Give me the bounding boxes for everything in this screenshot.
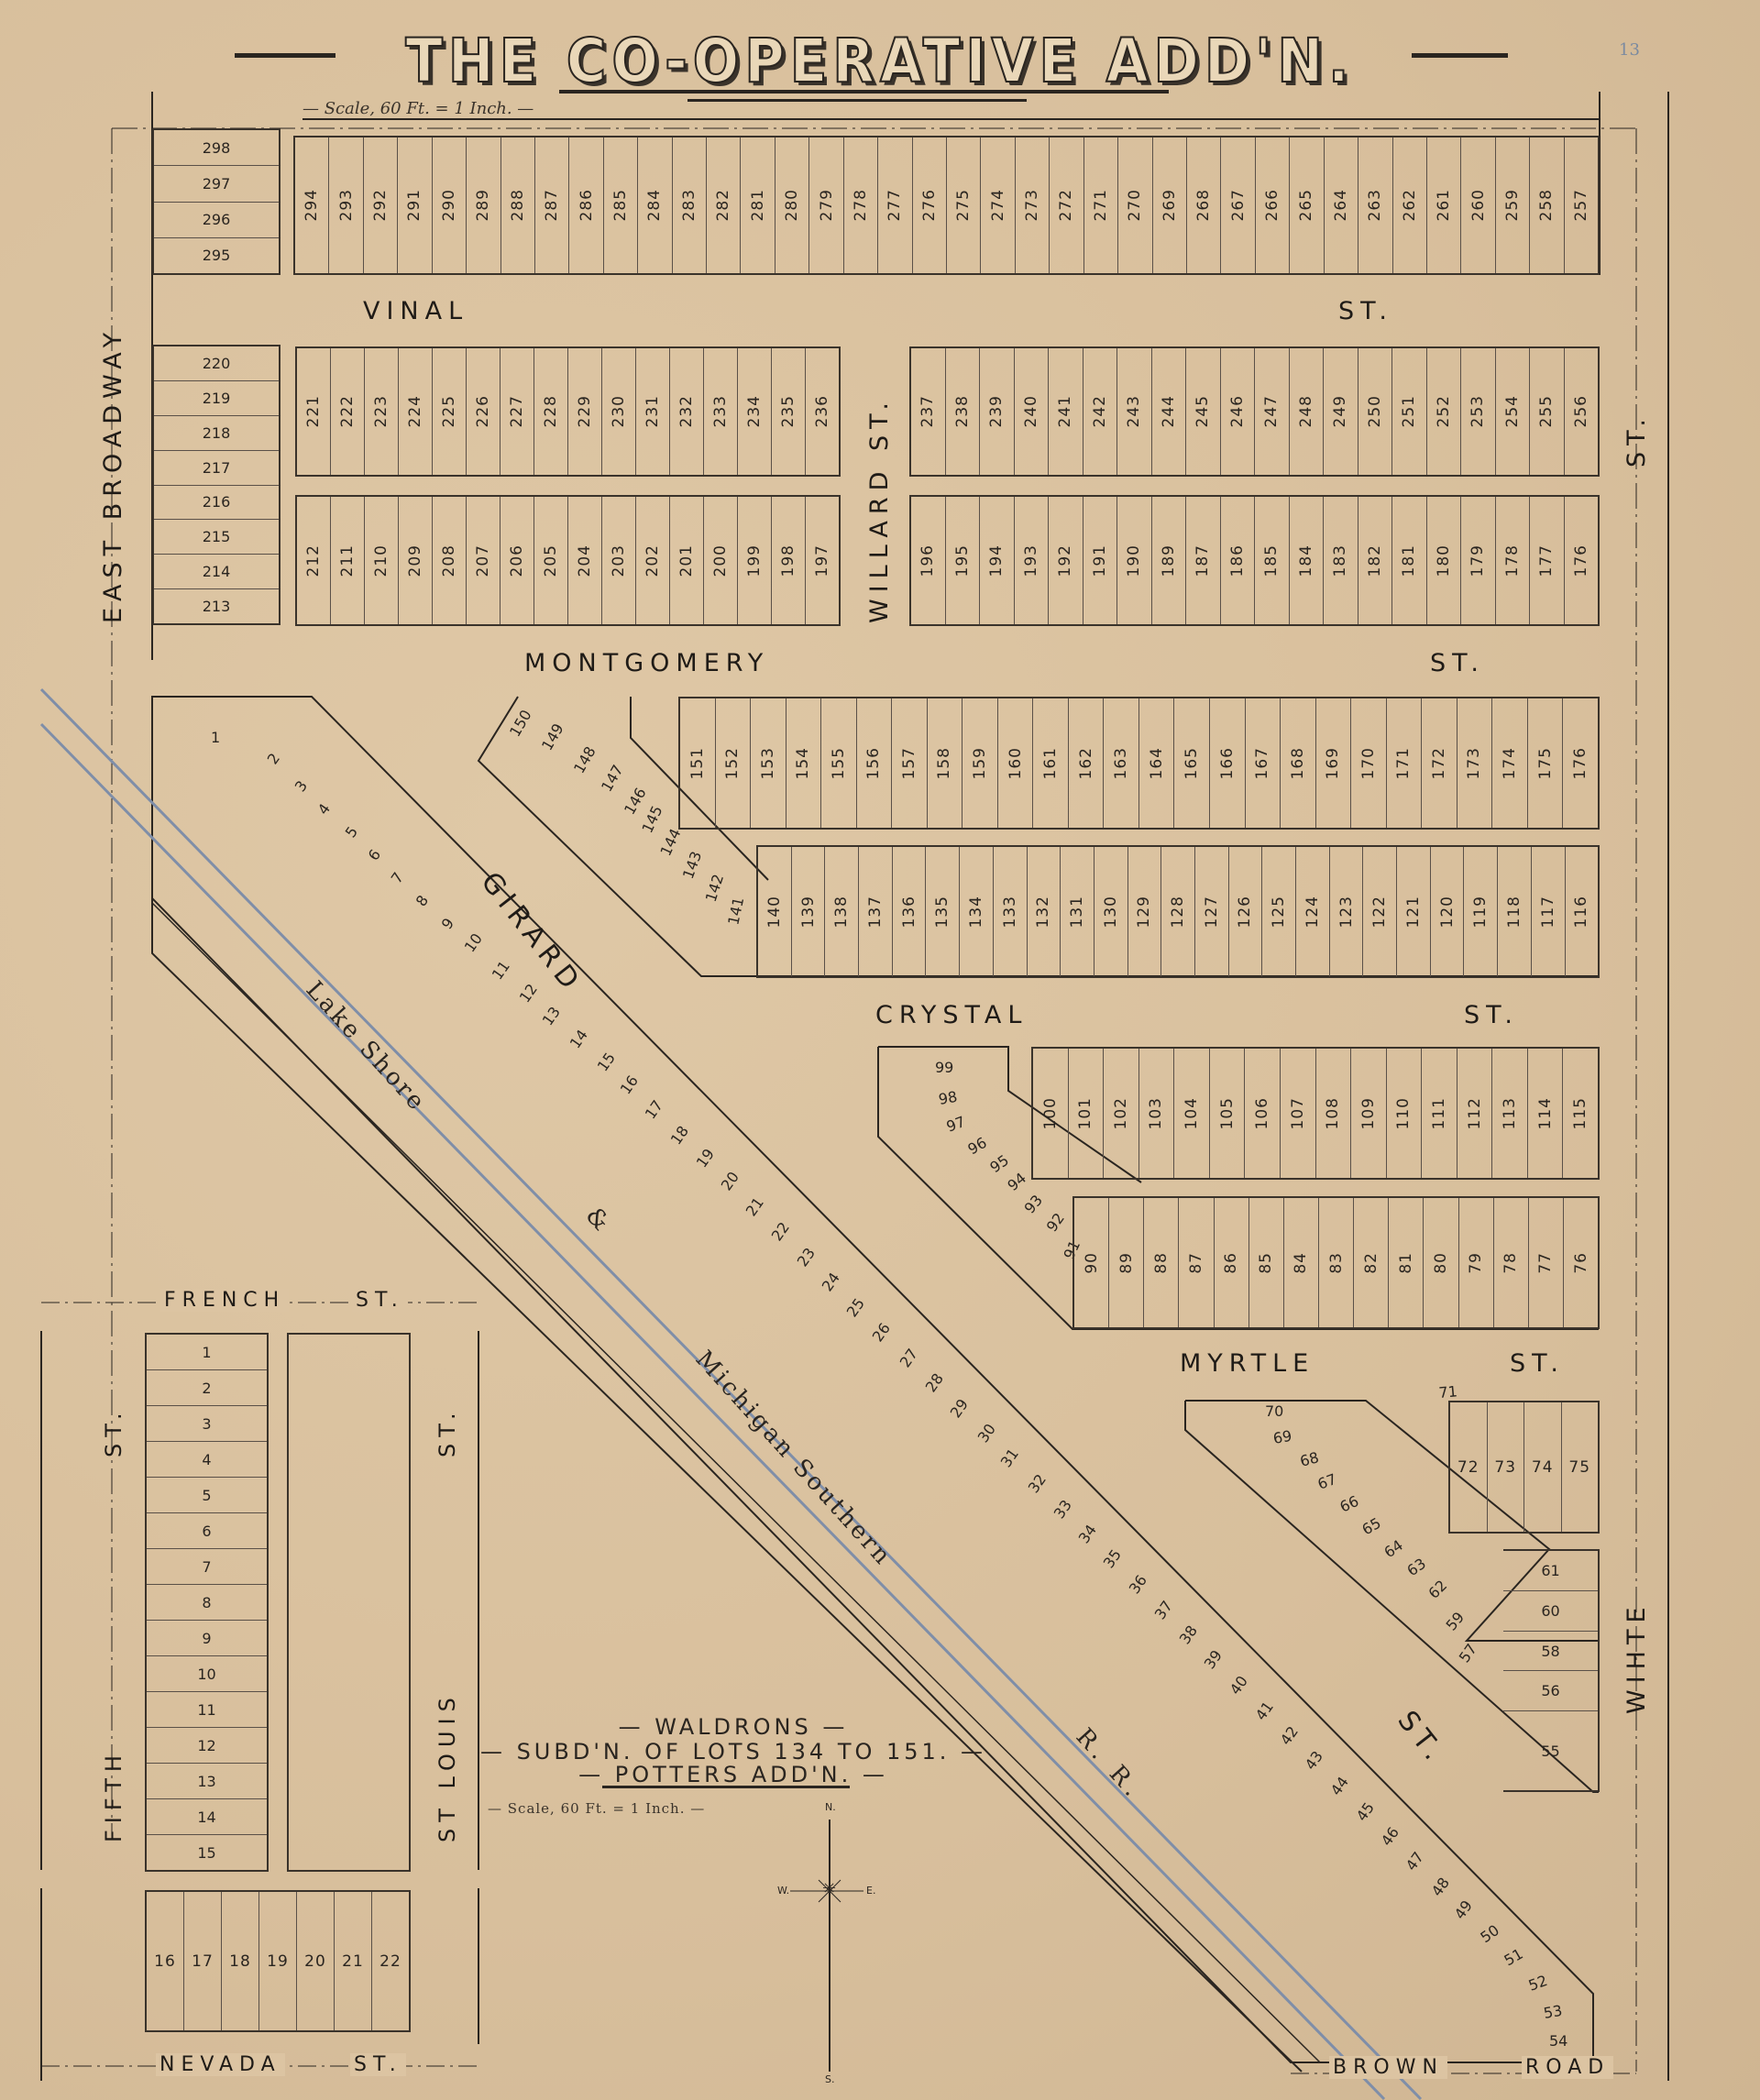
lot[interactable]: 139: [792, 847, 826, 976]
block-broadway-mid: 220 219 218 217 216 215 214 213: [152, 345, 280, 625]
lot[interactable]: 191: [1083, 497, 1118, 624]
lot[interactable]: 127: [1195, 847, 1229, 976]
lot[interactable]: 4: [147, 1442, 267, 1478]
lot[interactable]: 206: [500, 497, 534, 624]
lot[interactable]: 287: [535, 137, 569, 273]
lot[interactable]: 292: [364, 137, 398, 273]
lot[interactable]: 295: [154, 238, 279, 273]
svg-text:70: 70: [1265, 1402, 1283, 1420]
svg-text:9: 9: [438, 915, 457, 932]
lot[interactable]: 289: [467, 137, 500, 273]
lot[interactable]: 161: [1033, 698, 1069, 828]
lot[interactable]: 14: [147, 1799, 267, 1835]
lot[interactable]: 107: [1281, 1049, 1316, 1178]
lot[interactable]: 255: [1530, 348, 1565, 475]
lot[interactable]: 130: [1094, 847, 1128, 976]
lot[interactable]: 210: [365, 497, 399, 624]
waldrons-title: — WALDRONS —: [477, 1714, 990, 1740]
svg-text:36: 36: [1126, 1572, 1150, 1598]
lot[interactable]: 256: [1565, 348, 1599, 475]
svg-text:18: 18: [667, 1123, 692, 1149]
lot[interactable]: 84: [1284, 1198, 1319, 1327]
lot[interactable]: 155: [821, 698, 857, 828]
lot[interactable]: 151: [680, 698, 716, 828]
lot[interactable]: 220: [154, 346, 279, 381]
svg-text:16: 16: [617, 1072, 642, 1098]
svg-text:93: 93: [1021, 1192, 1047, 1217]
lot[interactable]: 169: [1316, 698, 1352, 828]
lot[interactable]: 246: [1221, 348, 1256, 475]
lot[interactable]: 193: [1015, 497, 1050, 624]
lot[interactable]: 152: [716, 698, 752, 828]
lot[interactable]: 173: [1457, 698, 1493, 828]
lot[interactable]: 208: [433, 497, 467, 624]
lot[interactable]: 156: [857, 698, 893, 828]
lot[interactable]: 180: [1427, 497, 1462, 624]
block-waldrons-empty: [287, 1333, 411, 1872]
lot[interactable]: 101: [1069, 1049, 1105, 1178]
svg-text:53: 53: [1542, 2002, 1563, 2022]
lot[interactable]: 272: [1050, 137, 1083, 273]
lot[interactable]: 106: [1245, 1049, 1281, 1178]
lot[interactable]: 290: [433, 137, 467, 273]
lot[interactable]: 133: [994, 847, 1028, 976]
lot[interactable]: 16: [147, 1892, 184, 2030]
svg-text:67: 67: [1315, 1470, 1339, 1493]
lot[interactable]: 116: [1566, 847, 1599, 976]
svg-text:19: 19: [693, 1146, 718, 1171]
lot[interactable]: 89: [1109, 1198, 1144, 1327]
lot[interactable]: 100: [1033, 1049, 1069, 1178]
svg-text:34: 34: [1075, 1522, 1100, 1547]
lot[interactable]: 85: [1249, 1198, 1284, 1327]
svg-text:31: 31: [997, 1446, 1022, 1471]
lot[interactable]: 195: [946, 497, 981, 624]
lot[interactable]: 178: [1496, 497, 1531, 624]
lot[interactable]: 103: [1139, 1049, 1175, 1178]
lot[interactable]: 115: [1563, 1049, 1598, 1178]
lot[interactable]: 261: [1427, 137, 1461, 273]
lot[interactable]: 269: [1153, 137, 1187, 273]
lot[interactable]: 224: [399, 348, 433, 475]
lot[interactable]: 232: [670, 348, 704, 475]
lot[interactable]: 288: [501, 137, 535, 273]
lot[interactable]: 215: [154, 520, 279, 555]
lot[interactable]: 223: [365, 348, 399, 475]
lot[interactable]: 190: [1117, 497, 1152, 624]
lot[interactable]: 205: [534, 497, 568, 624]
lot[interactable]: 207: [467, 497, 500, 624]
waldrons-subtitle: — SUBD'N. OF LOTS 134 TO 151. —: [477, 1739, 990, 1765]
lot[interactable]: 271: [1084, 137, 1118, 273]
lot[interactable]: 153: [751, 698, 786, 828]
lot[interactable]: 286: [569, 137, 603, 273]
street-crystal: CRYSTAL: [875, 1001, 1028, 1029]
svg-text:32: 32: [1025, 1471, 1050, 1497]
svg-text:147: 147: [598, 762, 627, 795]
lot[interactable]: 197: [806, 497, 839, 624]
svg-text:40: 40: [1226, 1673, 1251, 1699]
svg-text:8: 8: [412, 892, 432, 909]
lot[interactable]: 124: [1296, 847, 1330, 976]
lot[interactable]: 268: [1187, 137, 1221, 273]
lot[interactable]: 258: [1530, 137, 1564, 273]
lot[interactable]: 267: [1221, 137, 1255, 273]
lot[interactable]: 165: [1174, 698, 1210, 828]
lot[interactable]: 244: [1152, 348, 1187, 475]
lot[interactable]: 15: [147, 1835, 267, 1870]
lot[interactable]: 234: [738, 348, 772, 475]
block-vinal-south-west: 221 222 223 224 225 226 227 228 229 230 …: [295, 346, 841, 477]
lot[interactable]: 198: [772, 497, 806, 624]
lot[interactable]: 11: [147, 1692, 267, 1728]
lot[interactable]: 238: [946, 348, 981, 475]
lot[interactable]: 274: [981, 137, 1015, 273]
svg-text:144: 144: [656, 826, 684, 859]
svg-text:69: 69: [1271, 1427, 1292, 1447]
lot[interactable]: 222: [331, 348, 365, 475]
svg-text:14: 14: [566, 1027, 591, 1052]
lot[interactable]: 212: [297, 497, 331, 624]
lot[interactable]: 162: [1069, 698, 1105, 828]
lot[interactable]: 242: [1083, 348, 1118, 475]
lot[interactable]: 251: [1392, 348, 1427, 475]
lot[interactable]: 253: [1461, 348, 1496, 475]
lot[interactable]: 254: [1496, 348, 1531, 475]
lot[interactable]: 179: [1461, 497, 1496, 624]
lot[interactable]: 294: [295, 137, 329, 273]
svg-text:97: 97: [944, 1113, 968, 1136]
lot[interactable]: 171: [1387, 698, 1423, 828]
lot[interactable]: 61: [1503, 1551, 1598, 1591]
lot[interactable]: 125: [1262, 847, 1296, 976]
lot[interactable]: 118: [1498, 847, 1532, 976]
lot[interactable]: 104: [1174, 1049, 1210, 1178]
lot[interactable]: 172: [1422, 698, 1457, 828]
svg-text:96: 96: [965, 1134, 990, 1159]
lot[interactable]: 88: [1144, 1198, 1179, 1327]
lot[interactable]: 219: [154, 381, 279, 416]
lot[interactable]: 55: [1503, 1711, 1598, 1790]
lot[interactable]: 140: [758, 847, 792, 976]
street-fifth: FIFTH: [101, 1723, 126, 1842]
lot[interactable]: 135: [926, 847, 960, 976]
lot[interactable]: 216: [154, 486, 279, 521]
lot[interactable]: 8: [147, 1585, 267, 1621]
lot[interactable]: 285: [604, 137, 638, 273]
lot[interactable]: 252: [1427, 348, 1462, 475]
lot[interactable]: 81: [1389, 1198, 1424, 1327]
lot[interactable]: 157: [892, 698, 928, 828]
lot[interactable]: 117: [1532, 847, 1566, 976]
svg-text:30: 30: [974, 1421, 999, 1446]
lot[interactable]: 284: [638, 137, 672, 273]
svg-text:21: 21: [742, 1194, 767, 1220]
block-broadway-north: 298 297 296 295: [152, 128, 280, 275]
compass-south: S.: [825, 2073, 834, 2085]
lot[interactable]: 297: [154, 166, 279, 202]
street-vinal-st: ST.: [1338, 297, 1393, 325]
lot[interactable]: 82: [1354, 1198, 1389, 1327]
lot[interactable]: 262: [1393, 137, 1427, 273]
lot[interactable]: 9: [147, 1621, 267, 1656]
svg-text:1: 1: [211, 729, 220, 746]
svg-text:25: 25: [843, 1295, 868, 1321]
lot[interactable]: 283: [673, 137, 707, 273]
lot[interactable]: 86: [1215, 1198, 1249, 1327]
svg-text:52: 52: [1526, 1972, 1550, 1995]
lot[interactable]: 126: [1229, 847, 1263, 976]
lot[interactable]: 241: [1049, 348, 1083, 475]
lot[interactable]: 3: [147, 1406, 267, 1442]
svg-text:46: 46: [1378, 1824, 1402, 1850]
svg-text:41: 41: [1252, 1699, 1277, 1724]
waldrons-underline: [602, 1786, 850, 1788]
block-montgomery-north-east: 196 195 194 193 192 191 190 189 187 186 …: [909, 495, 1600, 626]
lot[interactable]: 129: [1128, 847, 1162, 976]
lot[interactable]: 236: [806, 348, 839, 475]
lot[interactable]: 257: [1565, 137, 1598, 273]
lot[interactable]: 279: [809, 137, 843, 273]
svg-text:99: 99: [935, 1059, 953, 1076]
lot[interactable]: 60: [1503, 1591, 1598, 1632]
svg-text:28: 28: [922, 1370, 947, 1396]
street-st-louis-st: ST.: [434, 1402, 460, 1457]
street-brown: BROWN: [1329, 2056, 1447, 2079]
lot[interactable]: 192: [1049, 497, 1083, 624]
lot[interactable]: 277: [878, 137, 912, 273]
lot[interactable]: 112: [1457, 1049, 1493, 1178]
lot[interactable]: 5: [147, 1478, 267, 1513]
lot[interactable]: 18: [222, 1892, 259, 2030]
svg-text:38: 38: [1176, 1622, 1201, 1648]
block-crystal-south: 100 101 102 103 104 105 106 107 108 109 …: [1031, 1047, 1600, 1180]
lot[interactable]: 6: [147, 1513, 267, 1549]
lot[interactable]: 74: [1524, 1402, 1562, 1532]
lot[interactable]: 276: [913, 137, 947, 273]
lot[interactable]: 77: [1529, 1198, 1564, 1327]
lot[interactable]: 168: [1281, 698, 1316, 828]
lot[interactable]: 181: [1392, 497, 1427, 624]
lot[interactable]: 183: [1324, 497, 1358, 624]
lot[interactable]: 298: [154, 130, 279, 166]
lot[interactable]: 120: [1431, 847, 1465, 976]
lot[interactable]: 293: [329, 137, 363, 273]
lot[interactable]: 19: [259, 1892, 297, 2030]
lot[interactable]: 166: [1210, 698, 1246, 828]
lot[interactable]: 291: [398, 137, 432, 273]
lot[interactable]: 201: [670, 497, 704, 624]
lot[interactable]: 209: [399, 497, 433, 624]
lot[interactable]: 12: [147, 1728, 267, 1764]
lot[interactable]: 159: [962, 698, 998, 828]
lot[interactable]: 72: [1450, 1402, 1488, 1532]
lot[interactable]: 108: [1316, 1049, 1352, 1178]
lot[interactable]: 248: [1290, 348, 1325, 475]
svg-text:92: 92: [1043, 1210, 1068, 1236]
lot[interactable]: 22: [372, 1892, 409, 2030]
lot[interactable]: 20: [297, 1892, 335, 2030]
lot[interactable]: 204: [568, 497, 602, 624]
lot[interactable]: 245: [1186, 348, 1221, 475]
lot[interactable]: 270: [1118, 137, 1152, 273]
lot[interactable]: 110: [1387, 1049, 1423, 1178]
lot[interactable]: 225: [433, 348, 467, 475]
lot[interactable]: 233: [704, 348, 738, 475]
svg-text:94: 94: [1004, 1169, 1029, 1194]
lot[interactable]: 56: [1503, 1671, 1598, 1711]
lot[interactable]: 132: [1028, 847, 1061, 976]
lot[interactable]: 221: [297, 348, 331, 475]
lot[interactable]: 217: [154, 451, 279, 486]
lot[interactable]: 137: [859, 847, 893, 976]
lot[interactable]: 194: [980, 497, 1015, 624]
lot[interactable]: 167: [1246, 698, 1281, 828]
svg-text:63: 63: [1403, 1555, 1429, 1579]
lot[interactable]: 76: [1564, 1198, 1598, 1327]
block-montgomery-north-west: 212 211 210 209 208 207 206 205 204 203 …: [295, 495, 841, 626]
lot[interactable]: 121: [1397, 847, 1431, 976]
lot[interactable]: 211: [331, 497, 365, 624]
block-myrtle-south: 72 73 74 75: [1448, 1401, 1600, 1534]
lot[interactable]: 203: [602, 497, 636, 624]
lot[interactable]: 213: [154, 589, 279, 623]
street-montgomery-st: ST.: [1430, 649, 1485, 677]
lot[interactable]: 196: [911, 497, 946, 624]
lot[interactable]: 170: [1351, 698, 1387, 828]
lot[interactable]: 1: [147, 1335, 267, 1370]
lot[interactable]: 164: [1139, 698, 1175, 828]
lot[interactable]: 281: [741, 137, 775, 273]
lot[interactable]: 80: [1424, 1198, 1458, 1327]
lot[interactable]: 189: [1152, 497, 1187, 624]
street-montgomery: MONTGOMERY: [524, 649, 769, 677]
svg-text:43: 43: [1302, 1748, 1326, 1774]
lot[interactable]: 131: [1061, 847, 1094, 976]
lot[interactable]: 83: [1319, 1198, 1354, 1327]
street-myrtle-st: ST.: [1510, 1349, 1565, 1378]
svg-text:57: 57: [1456, 1641, 1480, 1666]
lot[interactable]: 90: [1074, 1198, 1109, 1327]
lot[interactable]: 275: [947, 137, 981, 273]
lot[interactable]: 296: [154, 203, 279, 238]
waldrons-scale: — Scale, 60 Ft. = 1 Inch. —: [488, 1800, 705, 1817]
lot[interactable]: 13: [147, 1764, 267, 1799]
lot[interactable]: 249: [1324, 348, 1358, 475]
lot[interactable]: 247: [1255, 348, 1290, 475]
lot[interactable]: 237: [911, 348, 946, 475]
lot[interactable]: 264: [1325, 137, 1358, 273]
lot[interactable]: 185: [1255, 497, 1290, 624]
lot[interactable]: 136: [893, 847, 927, 976]
svg-text:23: 23: [794, 1245, 819, 1270]
lot[interactable]: 218: [154, 416, 279, 451]
lot[interactable]: 128: [1161, 847, 1195, 976]
lot[interactable]: 214: [154, 555, 279, 589]
lot[interactable]: 250: [1358, 348, 1393, 475]
lot[interactable]: 10: [147, 1656, 267, 1692]
lot[interactable]: 7: [147, 1549, 267, 1585]
lot[interactable]: 109: [1351, 1049, 1387, 1178]
lot[interactable]: 263: [1358, 137, 1392, 273]
lot[interactable]: 259: [1496, 137, 1530, 273]
lot[interactable]: 187: [1186, 497, 1221, 624]
lot[interactable]: 265: [1290, 137, 1324, 273]
street-nevada: NEVADA: [156, 2053, 285, 2076]
lot[interactable]: 79: [1459, 1198, 1494, 1327]
lot[interactable]: 102: [1104, 1049, 1139, 1178]
lot[interactable]: 58: [1503, 1632, 1598, 1672]
lot[interactable]: 229: [568, 348, 602, 475]
lot[interactable]: 174: [1492, 698, 1528, 828]
lot[interactable]: 123: [1330, 847, 1364, 976]
lot[interactable]: 163: [1104, 698, 1139, 828]
svg-text:3: 3: [291, 777, 311, 795]
lot[interactable]: 78: [1494, 1198, 1529, 1327]
block-waldrons-stack: 1 2 3 4 5 6 7 8 9 10 11 12 13 14 15: [145, 1333, 269, 1872]
lot[interactable]: 73: [1488, 1402, 1525, 1532]
lot[interactable]: 260: [1461, 137, 1495, 273]
lot[interactable]: 176: [1563, 698, 1598, 828]
lot[interactable]: 17: [184, 1892, 222, 2030]
block-myrtle-north: 90 89 88 87 86 85 84 83 82 81 80 79 78 7…: [1072, 1196, 1600, 1329]
svg-text:7: 7: [388, 869, 407, 886]
lot[interactable]: 243: [1117, 348, 1152, 475]
lot[interactable]: 119: [1464, 847, 1498, 976]
lot[interactable]: 273: [1016, 137, 1050, 273]
lot[interactable]: 235: [772, 348, 806, 475]
lot[interactable]: 199: [738, 497, 772, 624]
lot[interactable]: 226: [467, 348, 500, 475]
lot[interactable]: 278: [844, 137, 878, 273]
lot[interactable]: 105: [1210, 1049, 1246, 1178]
lot[interactable]: 138: [825, 847, 859, 976]
lot[interactable]: 230: [602, 348, 636, 475]
lot[interactable]: 175: [1528, 698, 1564, 828]
lot[interactable]: 158: [928, 698, 963, 828]
lot[interactable]: 266: [1256, 137, 1290, 273]
svg-text:20: 20: [718, 1169, 742, 1194]
lot[interactable]: 21: [335, 1892, 372, 2030]
lot[interactable]: 282: [707, 137, 741, 273]
lot[interactable]: 227: [500, 348, 534, 475]
lot[interactable]: 200: [704, 497, 738, 624]
lot[interactable]: 87: [1179, 1198, 1214, 1327]
lot[interactable]: 2: [147, 1370, 267, 1406]
lot[interactable]: 239: [980, 348, 1015, 475]
lot[interactable]: 160: [998, 698, 1034, 828]
lot[interactable]: 177: [1530, 497, 1565, 624]
lot[interactable]: 231: [636, 348, 670, 475]
lot[interactable]: 75: [1562, 1402, 1599, 1532]
lot[interactable]: 113: [1492, 1049, 1528, 1178]
lot[interactable]: 111: [1422, 1049, 1457, 1178]
lot[interactable]: 228: [534, 348, 568, 475]
lot[interactable]: 122: [1363, 847, 1397, 976]
lot[interactable]: 240: [1015, 348, 1050, 475]
lot[interactable]: 154: [786, 698, 822, 828]
lot[interactable]: 202: [636, 497, 670, 624]
lot[interactable]: 184: [1290, 497, 1325, 624]
lot[interactable]: 114: [1528, 1049, 1564, 1178]
svg-text:65: 65: [1359, 1514, 1384, 1539]
lot[interactable]: 176: [1565, 497, 1599, 624]
lot[interactable]: 134: [960, 847, 994, 976]
svg-text:148: 148: [570, 743, 599, 776]
lot[interactable]: 280: [775, 137, 809, 273]
lot[interactable]: 186: [1221, 497, 1256, 624]
lot[interactable]: 182: [1358, 497, 1393, 624]
